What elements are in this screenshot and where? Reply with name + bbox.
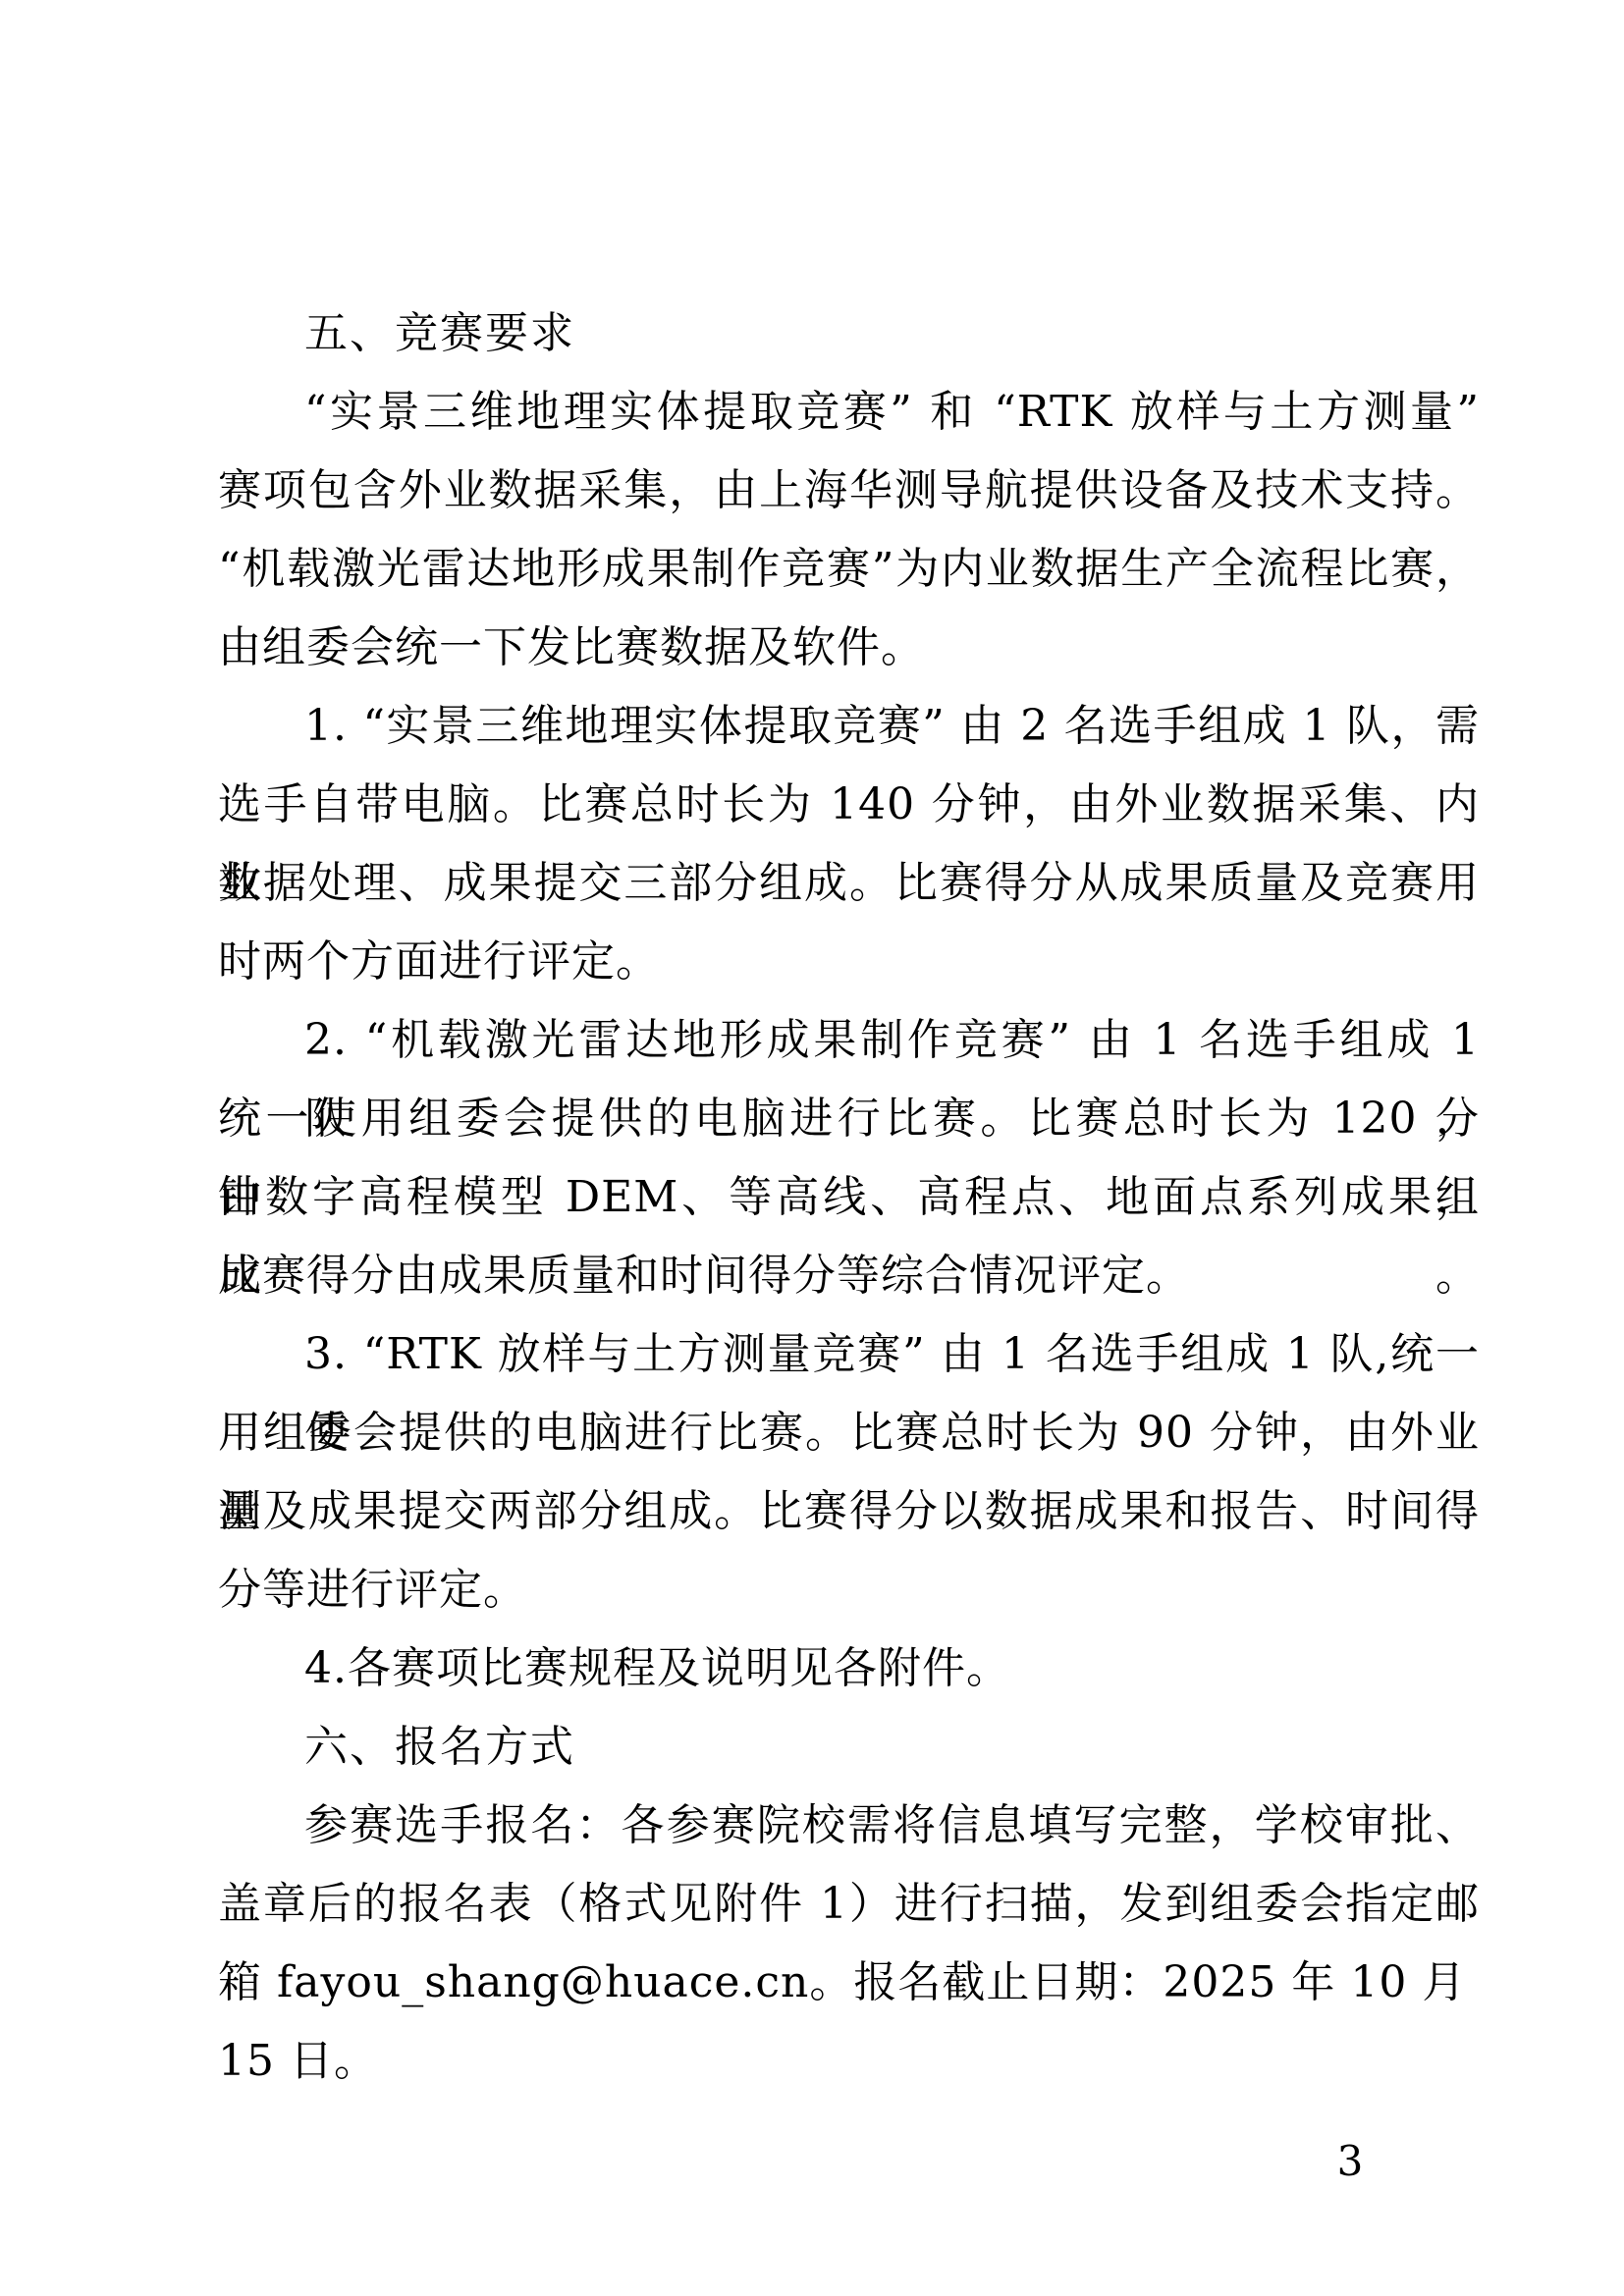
page-number: 3 [1316,2122,1384,2201]
text-line: 数据处理、成果提交三部分组成。比赛得分从成果质量及竞赛用 [218,844,1480,923]
text-line: 4.各赛项比赛规程及说明见各附件。 [218,1629,1480,1708]
text-line: 量及成果提交两部分组成。比赛得分以数据成果和报告、时间得 [218,1472,1480,1551]
text-line: 3. “RTK 放样与土方测量竞赛” 由 1 名选手组成 1 队,统一使 [218,1315,1480,1394]
document-body: 五、竞赛要求“实景三维地理实体提取竞赛” 和 “RTK 放样与土方测量”赛项包含… [218,294,1480,2022]
section-heading: 六、报名方式 [218,1708,1480,1787]
text-line: 分等进行评定。 [218,1551,1480,1629]
text-line: 统一使用组委会提供的电脑进行比赛。比赛总时长为 120 分钟， [218,1080,1480,1158]
text-line: 2. “机载激光雷达地形成果制作竞赛” 由 1 名选手组成 1 队， [218,1001,1480,1080]
text-line: “机载激光雷达地形成果制作竞赛”为内业数据生产全流程比赛， [218,530,1480,609]
text-line: 参赛选手报名：各参赛院校需将信息填写完整，学校审批、 [218,1787,1480,1865]
text-line: 由数字高程模型 DEM、等高线、高程点、地面点系列成果组成。 [218,1158,1480,1237]
text-line: “实景三维地理实体提取竞赛” 和 “RTK 放样与土方测量” [218,373,1480,452]
text-line: 时两个方面进行评定。 [218,923,1480,1001]
document-page: 五、竞赛要求“实景三维地理实体提取竞赛” 和 “RTK 放样与土方测量”赛项包含… [0,0,1624,2296]
text-line: 用组委会提供的电脑进行比赛。比赛总时长为 90 分钟，由外业测 [218,1394,1480,1472]
text-line: 盖章后的报名表（格式见附件 1）进行扫描，发到组委会指定邮 [218,1865,1480,1944]
text-line: 选手自带电脑。比赛总时长为 140 分钟，由外业数据采集、内业 [218,766,1480,844]
text-line: 箱 fayou_shang@huace.cn。报名截止日期：2025 年 10 … [218,1944,1480,2022]
text-line: 赛项包含外业数据采集，由上海华测导航提供设备及技术支持。 [218,452,1480,530]
text-line: 1. “实景三维地理实体提取竞赛” 由 2 名选手组成 1 队，需 [218,687,1480,766]
section-heading: 五、竞赛要求 [218,294,1480,373]
text-line: 由组委会统一下发比赛数据及软件。 [218,609,1480,687]
